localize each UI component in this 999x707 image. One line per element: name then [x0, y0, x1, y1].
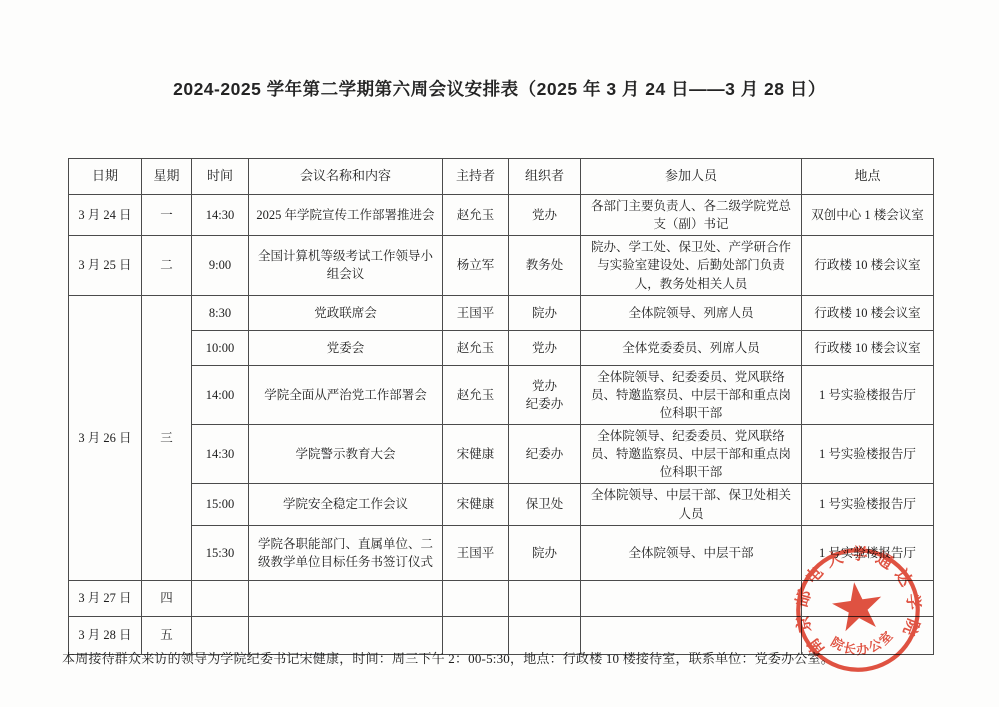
cell-location: 行政楼 10 楼会议室	[802, 236, 934, 295]
meeting-schedule-table: 日期 星期 时间 会议名称和内容 主持者 组织者 参加人员 地点 3 月 24 …	[68, 158, 934, 655]
page-title: 2024-2025 学年第二学期第六周会议安排表（2025 年 3 月 24 日…	[0, 76, 999, 101]
table-row: 10:00 党委会 赵允玉 党办 全体党委委员、列席人员 行政楼 10 楼会议室	[69, 330, 934, 365]
cell-organizer	[509, 580, 581, 616]
cell-host: 赵允玉	[443, 195, 509, 236]
header-date: 日期	[69, 159, 142, 195]
cell-organizer: 院办	[509, 295, 581, 330]
header-time: 时间	[192, 159, 249, 195]
cell-participants: 各部门主要负责人、各二级学院党总支（副）书记	[581, 195, 802, 236]
cell-time: 10:00	[192, 330, 249, 365]
header-host: 主持者	[443, 159, 509, 195]
cell-participants: 全体院领导、纪委委员、党风联络员、特邀监察员、中层干部和重点岗位科职干部	[581, 365, 802, 424]
cell-time: 14:30	[192, 195, 249, 236]
cell-location: 1 号实验楼报告厅	[802, 484, 934, 525]
table-header-row: 日期 星期 时间 会议名称和内容 主持者 组织者 参加人员 地点	[69, 159, 934, 195]
table-row: 3 月 24 日 一 14:30 2025 年学院宣传工作部署推进会 赵允玉 党…	[69, 195, 934, 236]
cell-weekday: 一	[142, 195, 192, 236]
cell-organizer: 院办	[509, 525, 581, 580]
header-weekday: 星期	[142, 159, 192, 195]
cell-meeting: 学院全面从严治党工作部署会	[249, 365, 443, 424]
cell-participants	[581, 580, 802, 616]
cell-time: 14:00	[192, 365, 249, 424]
cell-host: 赵允玉	[443, 365, 509, 424]
cell-location: 双创中心 1 楼会议室	[802, 195, 934, 236]
cell-host: 王国平	[443, 295, 509, 330]
cell-location: 行政楼 10 楼会议室	[802, 295, 934, 330]
cell-time: 9:00	[192, 236, 249, 295]
cell-time	[192, 580, 249, 616]
cell-date: 3 月 24 日	[69, 195, 142, 236]
header-participants: 参加人员	[581, 159, 802, 195]
cell-date: 3 月 27 日	[69, 580, 142, 616]
cell-organizer: 党办 纪委办	[509, 365, 581, 424]
table-row: 3 月 25 日 二 9:00 全国计算机等级考试工作领导小组会议 杨立军 教务…	[69, 236, 934, 295]
reception-footnote: 本周接待群众来访的领导为学院纪委书记宋健康，时间：周三下午 2：00-5:30，…	[62, 648, 942, 667]
cell-time: 14:30	[192, 425, 249, 484]
cell-participants: 全体院领导、列席人员	[581, 295, 802, 330]
cell-time: 8:30	[192, 295, 249, 330]
cell-location: 1 号实验楼报告厅	[802, 365, 934, 424]
cell-host: 杨立军	[443, 236, 509, 295]
cell-time: 15:30	[192, 525, 249, 580]
cell-organizer: 保卫处	[509, 484, 581, 525]
header-location: 地点	[802, 159, 934, 195]
cell-meeting: 2025 年学院宣传工作部署推进会	[249, 195, 443, 236]
cell-participants: 全体院领导、中层干部、保卫处相关人员	[581, 484, 802, 525]
cell-location: 行政楼 10 楼会议室	[802, 330, 934, 365]
cell-participants: 全体党委委员、列席人员	[581, 330, 802, 365]
table-row: 15:30 学院各职能部门、直属单位、二级教学单位目标任务书签订仪式 王国平 院…	[69, 525, 934, 580]
cell-host	[443, 580, 509, 616]
table-row: 14:30 学院警示教育大会 宋健康 纪委办 全体院领导、纪委委员、党风联络员、…	[69, 425, 934, 484]
cell-time: 15:00	[192, 484, 249, 525]
cell-organizer: 教务处	[509, 236, 581, 295]
cell-date: 3 月 25 日	[69, 236, 142, 295]
cell-location: 1 号实验楼报告厅	[802, 425, 934, 484]
cell-meeting: 学院安全稳定工作会议	[249, 484, 443, 525]
table-row: 14:00 学院全面从严治党工作部署会 赵允玉 党办 纪委办 全体院领导、纪委委…	[69, 365, 934, 424]
cell-date-merged: 3 月 26 日	[69, 295, 142, 580]
table-row: 3 月 27 日 四	[69, 580, 934, 616]
cell-location: 1 号实验楼报告厅	[802, 525, 934, 580]
cell-organizer: 党办	[509, 330, 581, 365]
cell-weekday-merged: 三	[142, 295, 192, 580]
header-meeting: 会议名称和内容	[249, 159, 443, 195]
cell-location	[802, 580, 934, 616]
cell-meeting: 学院各职能部门、直属单位、二级教学单位目标任务书签订仪式	[249, 525, 443, 580]
document-page: 2024-2025 学年第二学期第六周会议安排表（2025 年 3 月 24 日…	[0, 0, 999, 707]
cell-weekday: 四	[142, 580, 192, 616]
cell-meeting: 党政联席会	[249, 295, 443, 330]
cell-host: 宋健康	[443, 484, 509, 525]
cell-weekday: 二	[142, 236, 192, 295]
cell-participants: 院办、学工处、保卫处、产学研合作与实验室建设处、后勤处部门负责人，教务处相关人员	[581, 236, 802, 295]
cell-meeting: 党委会	[249, 330, 443, 365]
cell-organizer: 党办	[509, 195, 581, 236]
cell-meeting: 全国计算机等级考试工作领导小组会议	[249, 236, 443, 295]
cell-participants: 全体院领导、中层干部	[581, 525, 802, 580]
cell-organizer: 纪委办	[509, 425, 581, 484]
cell-meeting	[249, 580, 443, 616]
table-row: 15:00 学院安全稳定工作会议 宋健康 保卫处 全体院领导、中层干部、保卫处相…	[69, 484, 934, 525]
header-organizer: 组织者	[509, 159, 581, 195]
cell-host: 王国平	[443, 525, 509, 580]
table-row: 3 月 26 日 三 8:30 党政联席会 王国平 院办 全体院领导、列席人员 …	[69, 295, 934, 330]
cell-host: 赵允玉	[443, 330, 509, 365]
cell-host: 宋健康	[443, 425, 509, 484]
cell-participants: 全体院领导、纪委委员、党风联络员、特邀监察员、中层干部和重点岗位科职干部	[581, 425, 802, 484]
cell-meeting: 学院警示教育大会	[249, 425, 443, 484]
